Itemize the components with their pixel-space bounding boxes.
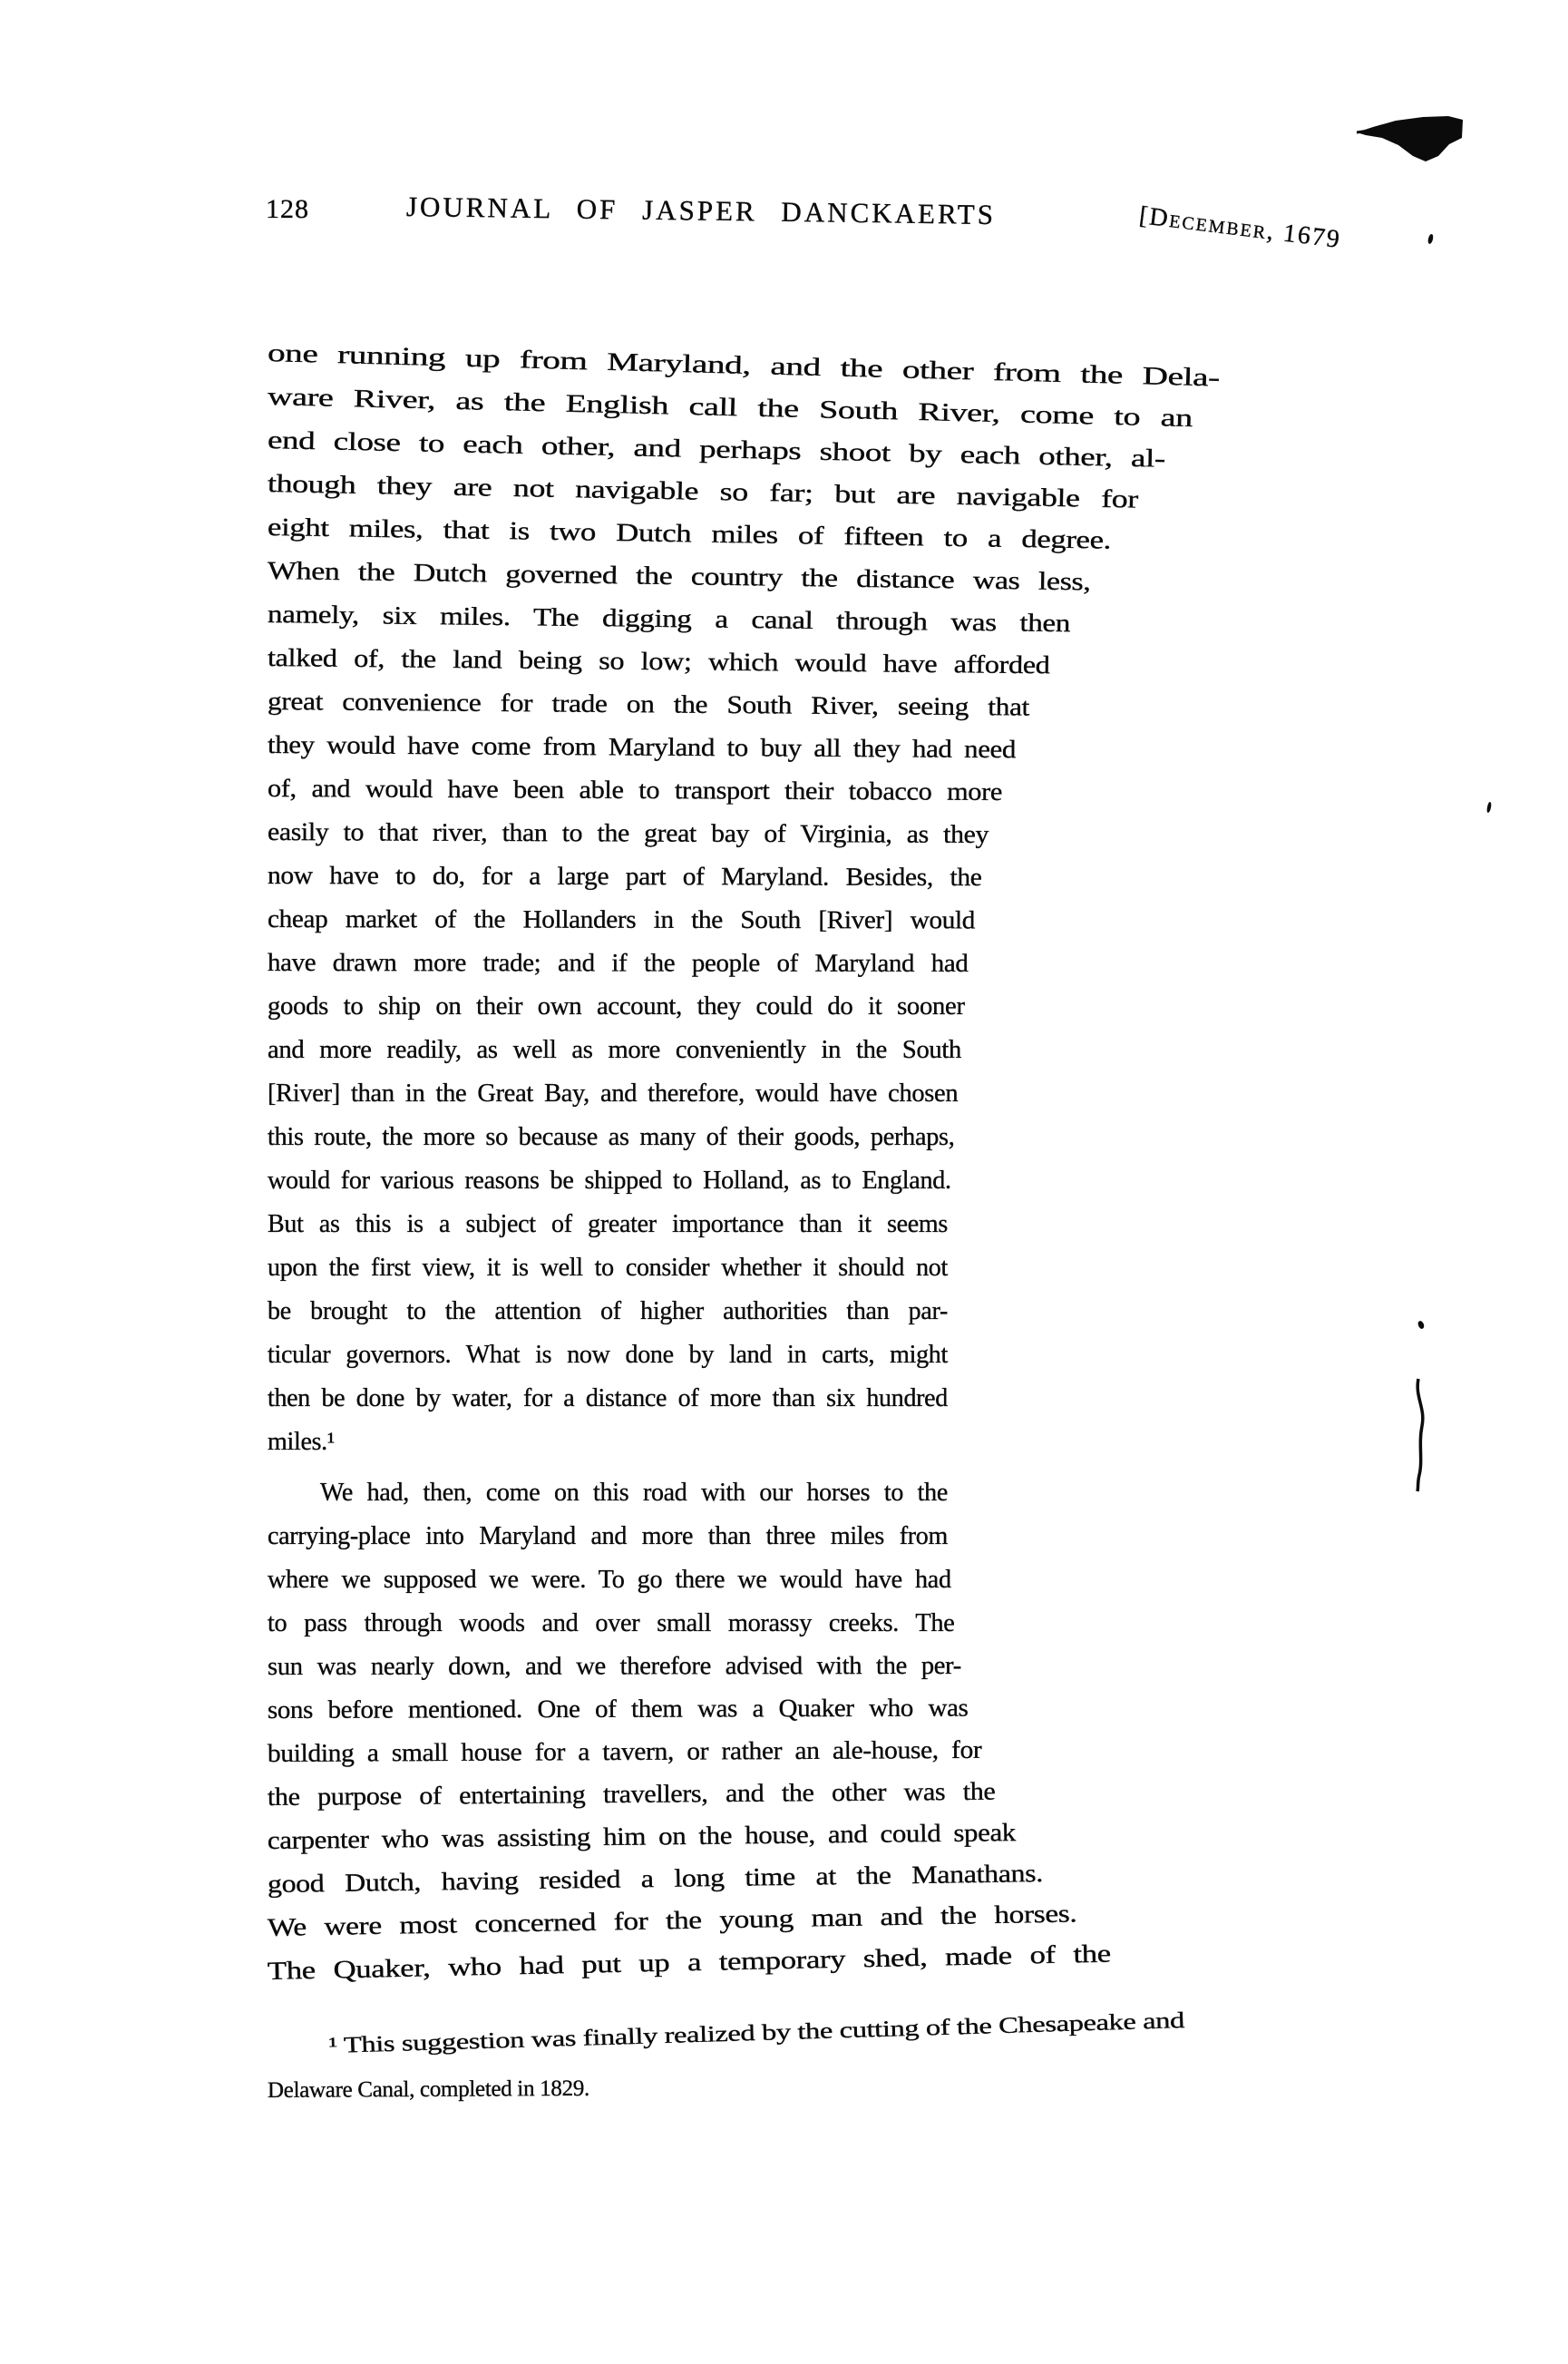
text-line: would for various reasons be shipped to …: [268, 1159, 951, 1203]
page-number: 128: [266, 196, 309, 223]
text-line: ¹ This suggestion was finally realized b…: [267, 2000, 1152, 2069]
running-date: [December, 1679: [1138, 203, 1343, 253]
text-line: ticular governors. What is now done by l…: [268, 1333, 948, 1377]
footnote: ¹ This suggestion was finally realized b…: [268, 2027, 948, 2112]
text-line: have drawn more trade; and if the people…: [268, 942, 969, 986]
text-line: now have to do, for a large part of Mary…: [268, 855, 982, 900]
text-line: building a small house for a tavern, or …: [268, 1729, 982, 1776]
text-line: of, and would have been able to transpor…: [268, 767, 1002, 815]
text-line: to pass through woods and over small mor…: [268, 1602, 955, 1646]
text-line: and more readily, as well as more conven…: [268, 1029, 961, 1072]
text-line: cheap market of the Hollanders in the So…: [268, 898, 975, 943]
corner-ink-blot: [1355, 111, 1467, 169]
text-line: [River] than in the Great Bay, and there…: [268, 1072, 958, 1116]
book-page-scan: 128 JOURNAL OF JASPER DANCKAERTS [Decemb…: [0, 0, 1568, 2364]
text-line: be brought to the attention of higher au…: [268, 1290, 948, 1333]
text-line: easily to that river, than to the great …: [268, 811, 989, 857]
text-line: they would have come from Maryland to bu…: [268, 724, 1016, 772]
ink-speck: [1486, 802, 1492, 814]
text-line: sons before mentioned. One of them was a…: [268, 1687, 969, 1733]
text-line: goods to ship on their own account, they…: [268, 985, 965, 1029]
text-line: great convenience for trade on the South…: [268, 680, 1029, 730]
text-line: But as this is a subject of greater impo…: [268, 1203, 948, 1246]
text-line: We had, then, come on this road with our…: [268, 1471, 948, 1515]
text-line: then be done by water, for a distance of…: [268, 1377, 948, 1421]
running-title: JOURNAL OF JASPER DANCKAERTS: [406, 192, 996, 229]
text-line: talked of, the land being so low; which …: [268, 637, 1050, 688]
text-line: miles.¹: [268, 1421, 948, 1464]
text-line: this route, the more so because as many …: [268, 1116, 955, 1159]
paragraph-1: one running up from Maryland, and the ot…: [268, 332, 948, 1464]
paragraph-2: We had, then, come on this road with our…: [268, 1471, 948, 1994]
text-line: Delaware Canal, completed in 1829.: [268, 2065, 948, 2112]
text-line: where we supposed we were. To go there w…: [268, 1558, 951, 1602]
ink-speck: [1427, 234, 1435, 245]
ink-speck: [1417, 1320, 1426, 1330]
margin-squiggle-mark: [1411, 1377, 1433, 1493]
text-line: carrying-place into Maryland and more th…: [268, 1515, 948, 1558]
text-line: upon the first view, it is well to consi…: [268, 1246, 948, 1290]
text-line: sun was nearly down, and we therefore ad…: [268, 1645, 961, 1689]
